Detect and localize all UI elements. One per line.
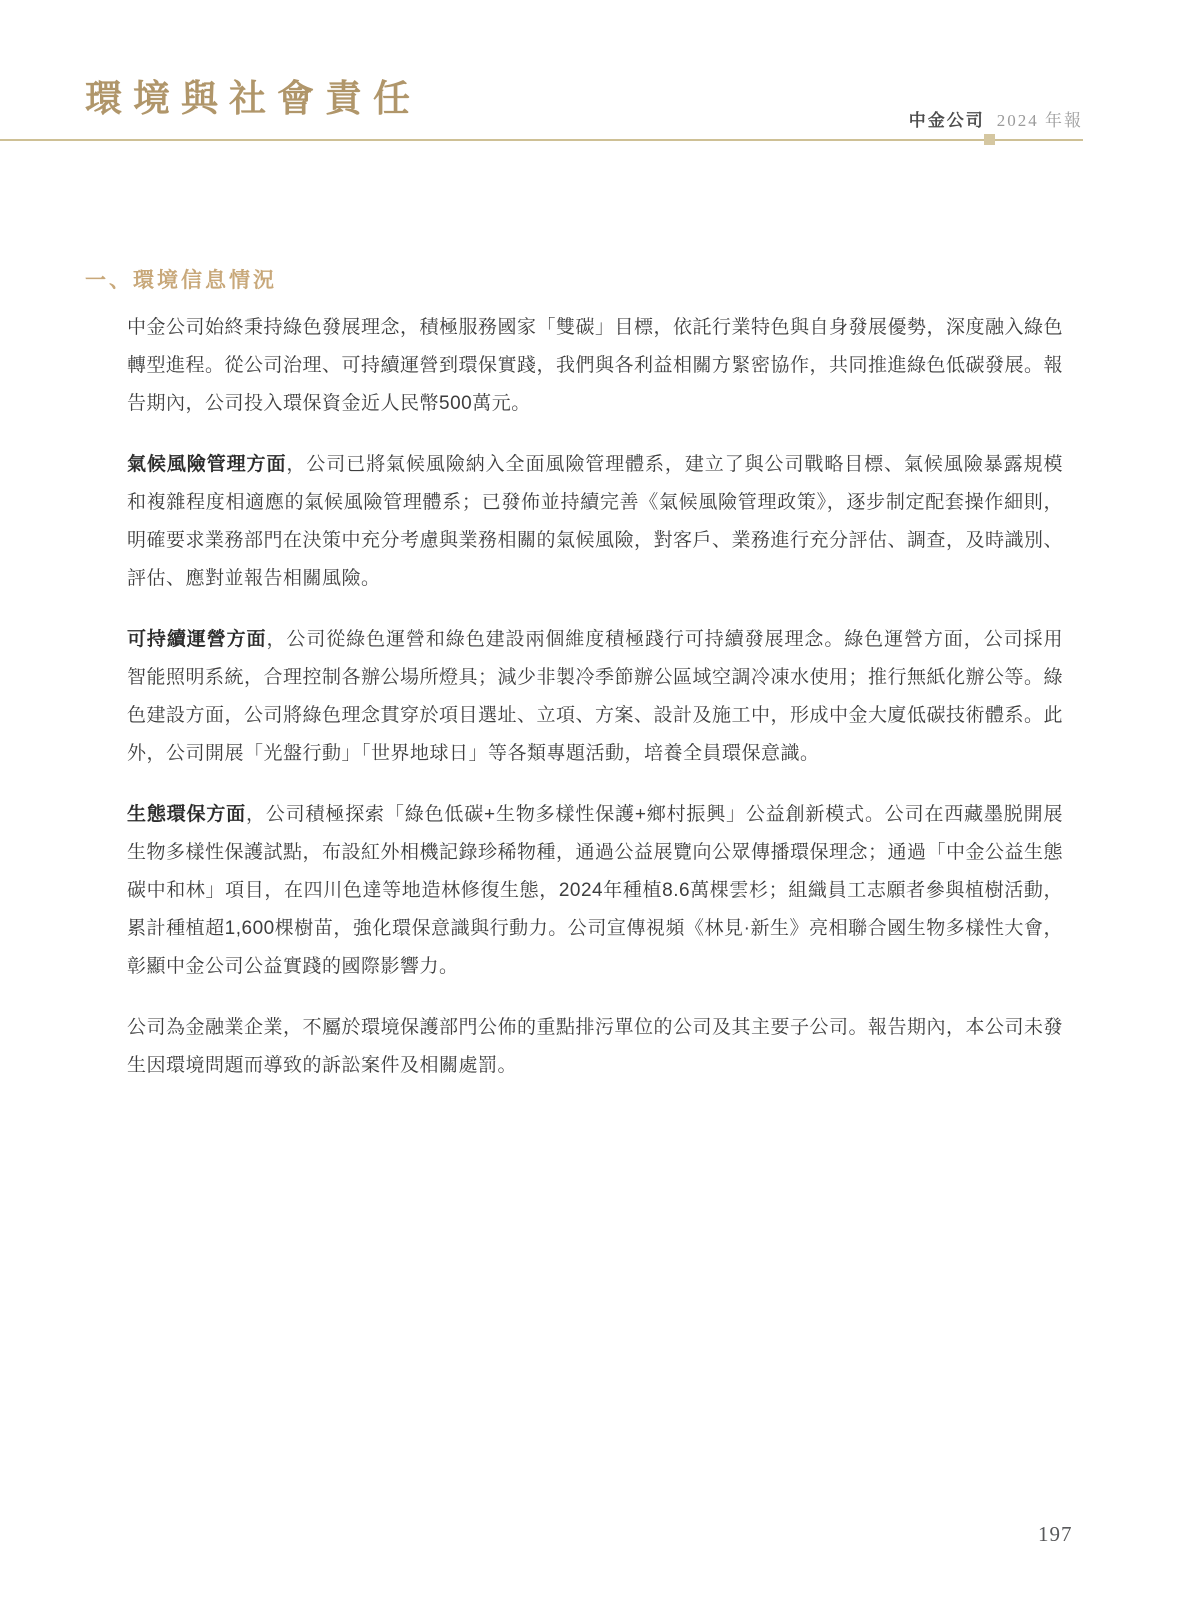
page-title: 環境與社會責任 xyxy=(85,68,421,122)
paragraph-climate-risk: 氣候風險管理方面，公司已將氣候風險納入全面風險管理體系，建立了與公司戰略目標、氣… xyxy=(127,446,1063,598)
paragraph-intro: 中金公司始終秉持綠色發展理念，積極服務國家「雙碳」目標，依託行業特色與自身發展優… xyxy=(127,309,1063,423)
paragraph-text: ，公司積極探索「綠色低碳+生物多樣性保護+鄉村振興」公益創新模式。公司在西藏墨脱… xyxy=(127,804,1063,977)
rule-square-marker xyxy=(984,134,995,145)
paragraph-lead: 生態環保方面 xyxy=(127,804,246,825)
report-page: 環境與社會責任 中金公司2024 年報 一、環境信息情況 中金公司始終秉持綠色發… xyxy=(0,0,1190,1615)
header-rule-line xyxy=(0,139,1083,141)
paragraph-lead: 可持續運營方面 xyxy=(127,629,266,650)
paragraph-text: ，公司從綠色運營和綠色建設兩個維度積極踐行可持續發展理念。綠色運營方面，公司採用… xyxy=(127,629,1063,764)
report-year: 2024 年報 xyxy=(997,111,1083,130)
paragraph-lead: 氣候風險管理方面 xyxy=(127,454,286,475)
paragraph-text: 中金公司始終秉持綠色發展理念，積極服務國家「雙碳」目標，依託行業特色與自身發展優… xyxy=(127,317,1063,414)
paragraph-text: 公司為金融業企業，不屬於環境保護部門公佈的重點排污單位的公司及其主要子公司。報告… xyxy=(127,1017,1063,1076)
section-heading: 一、環境信息情況 xyxy=(85,264,277,294)
page-number: 197 xyxy=(1038,1522,1073,1547)
paragraph-sustainable-operations: 可持續運營方面，公司從綠色運營和綠色建設兩個維度積極踐行可持續發展理念。綠色運營… xyxy=(127,621,1063,773)
body-content: 中金公司始終秉持綠色發展理念，積極服務國家「雙碳」目標，依託行業特色與自身發展優… xyxy=(127,309,1063,1108)
paragraph-compliance: 公司為金融業企業，不屬於環境保護部門公佈的重點排污單位的公司及其主要子公司。報告… xyxy=(127,1009,1063,1085)
brand-name: 中金公司 xyxy=(909,111,985,130)
header-meta: 中金公司2024 年報 xyxy=(909,106,1083,131)
paragraph-ecology: 生態環保方面，公司積極探索「綠色低碳+生物多樣性保護+鄉村振興」公益創新模式。公… xyxy=(127,796,1063,986)
